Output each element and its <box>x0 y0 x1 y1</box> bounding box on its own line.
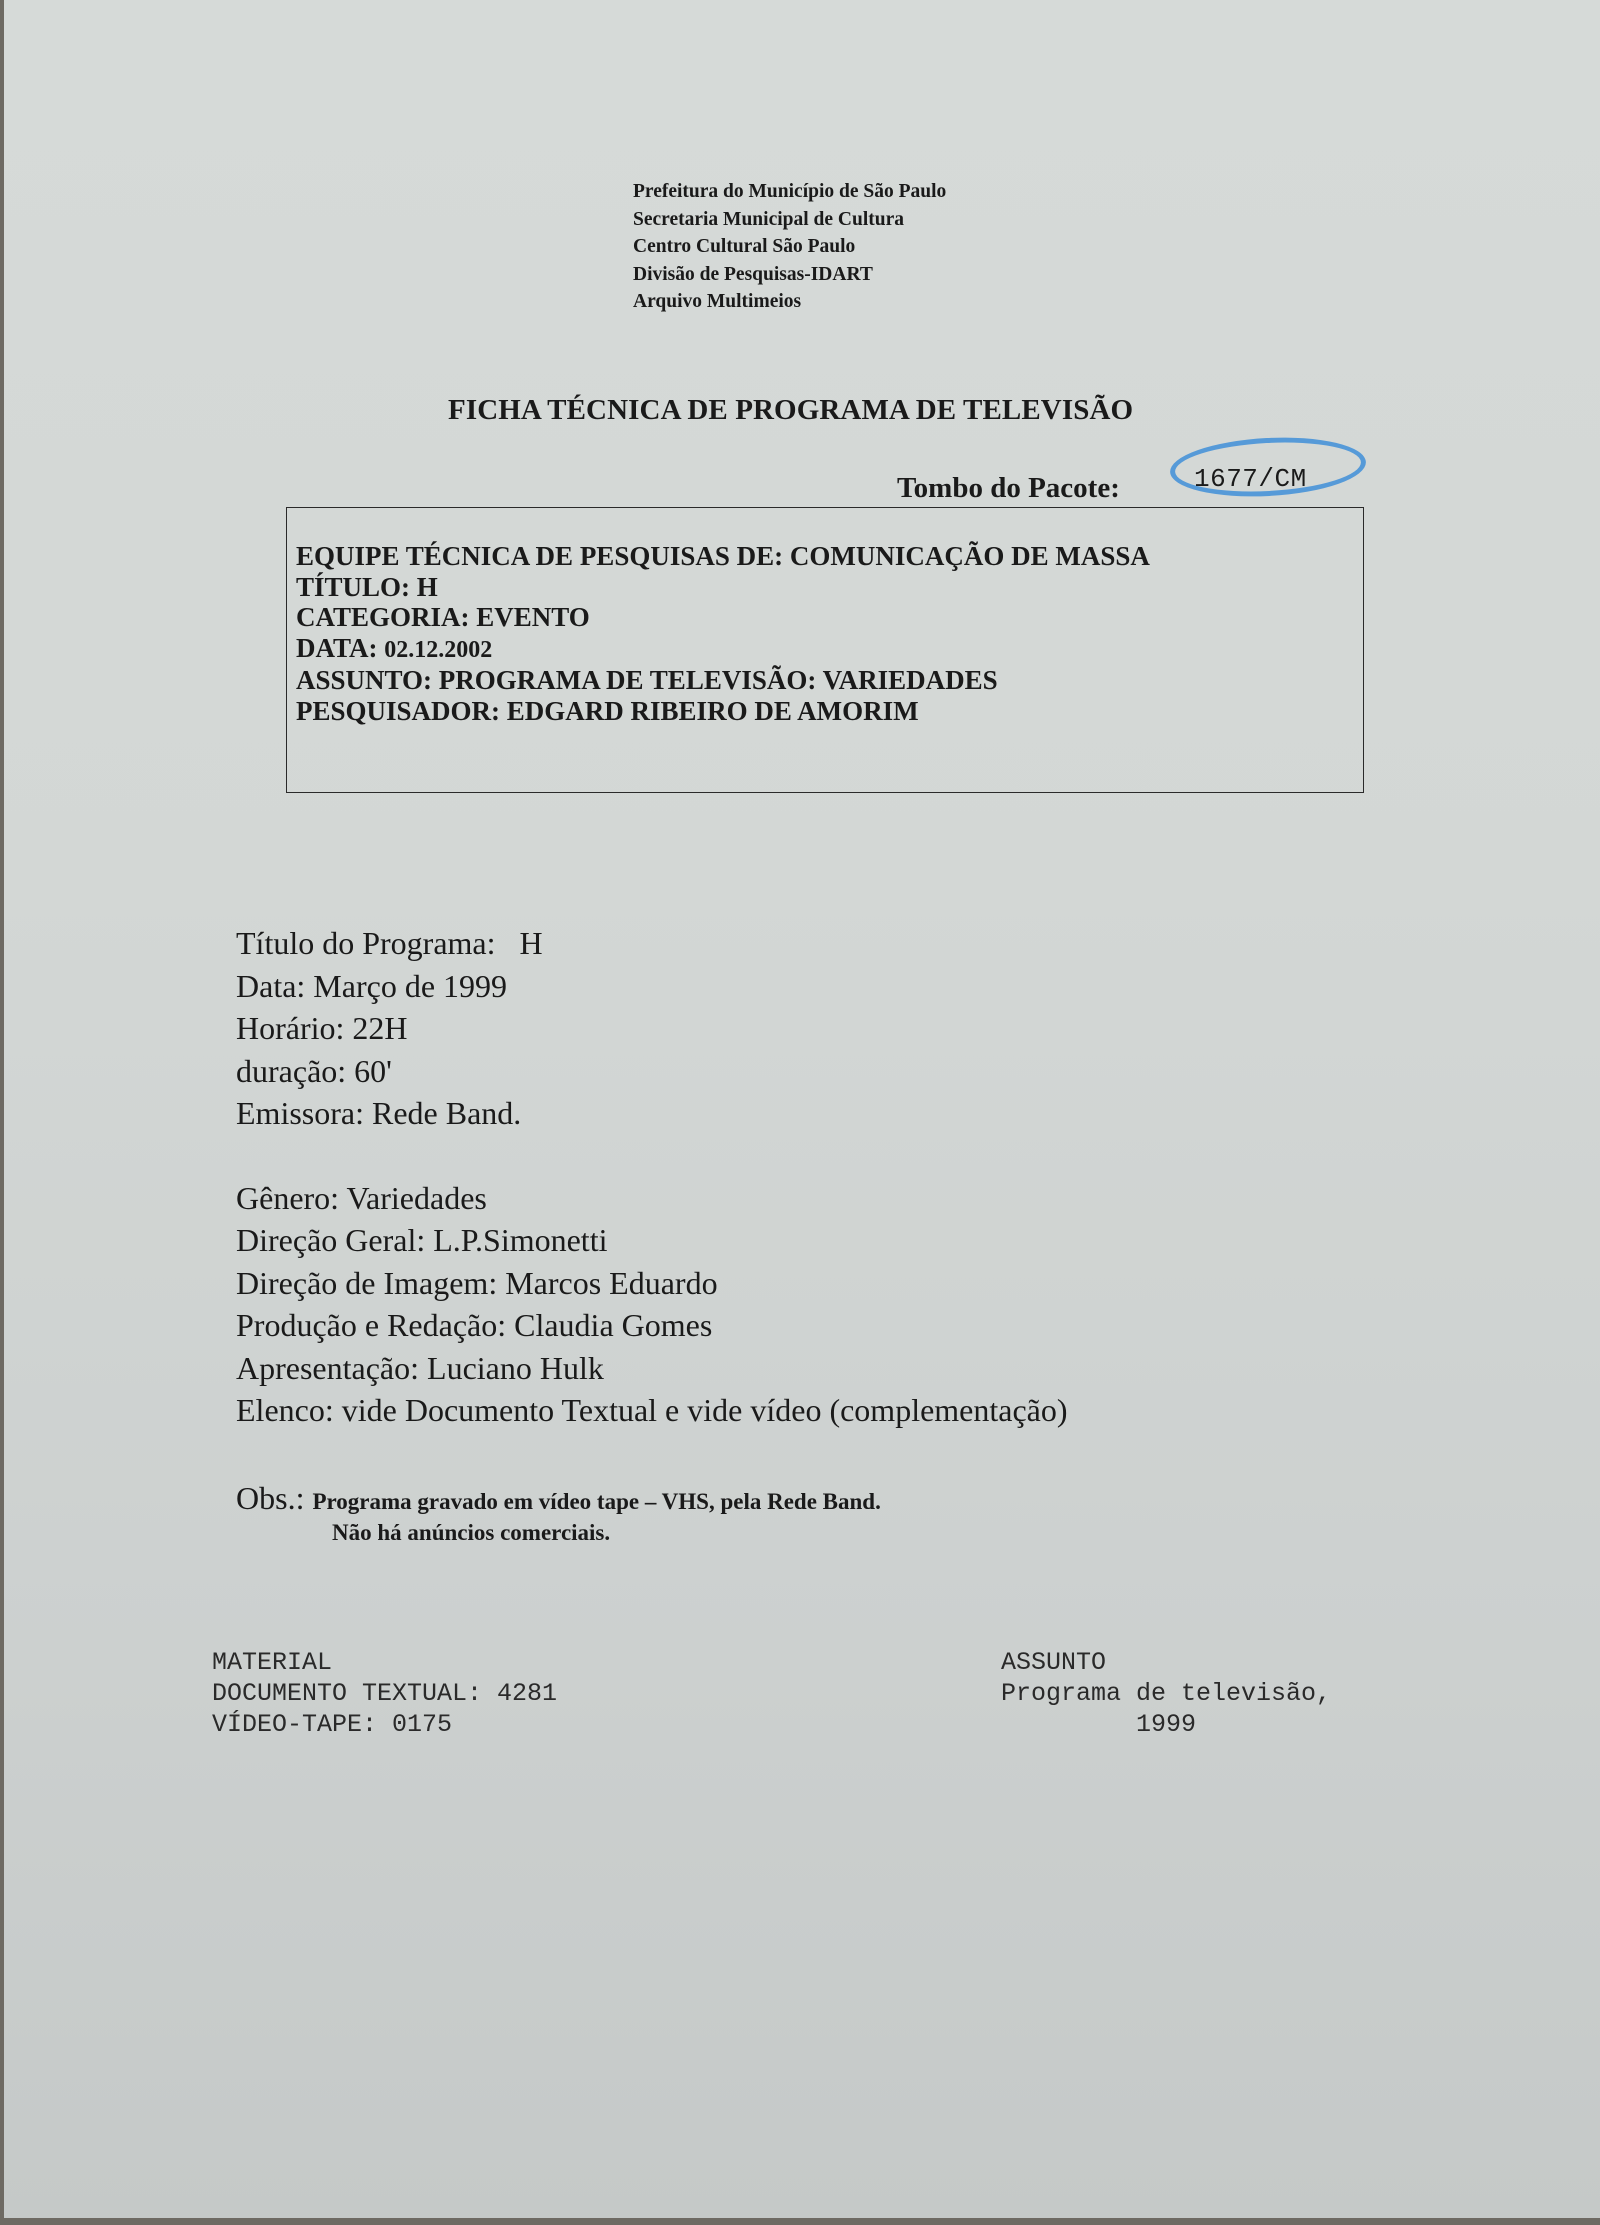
program-title-value: H <box>520 925 543 961</box>
program-broadcaster: Emissora: Rede Band. <box>236 1092 1068 1135</box>
assunto-section: ASSUNTO Programa de televisão, 1999 <box>1001 1647 1331 1740</box>
assunto-heading: ASSUNTO <box>1001 1647 1331 1678</box>
obs-text-2: Não há anúncios comerciais. <box>332 1520 610 1546</box>
institution-line: Centro Cultural São Paulo <box>633 233 946 261</box>
tombo-value: 1677/CM <box>1194 464 1307 494</box>
spacer <box>236 1135 1068 1177</box>
document-title: FICHA TÉCNICA DE PROGRAMA DE TELEVISÃO <box>448 394 1133 427</box>
document-page: Prefeitura do Município de São Paulo Sec… <box>4 0 1600 2218</box>
program-genre: Gênero: Variedades <box>236 1177 1068 1220</box>
material-section: MATERIAL DOCUMENTO TEXTUAL: 4281 VÍDEO-T… <box>212 1647 557 1740</box>
institution-line: Secretaria Municipal de Cultura <box>633 206 946 234</box>
assunto-line: ASSUNTO: PROGRAMA DE TELEVISÃO: VARIEDAD… <box>296 665 1150 696</box>
program-duration: duração: 60' <box>236 1050 1068 1093</box>
program-production: Produção e Redação: Claudia Gomes <box>236 1304 1068 1347</box>
data-label: DATA: <box>296 633 378 663</box>
pesquisador-line: PESQUISADOR: EDGARD RIBEIRO DE AMORIM <box>296 696 1150 727</box>
program-time: Horário: 22H <box>236 1007 1068 1050</box>
institution-line: Prefeitura do Município de São Paulo <box>633 178 946 206</box>
program-date: Data: Março de 1999 <box>236 965 1068 1008</box>
assunto-line-2: 1999 <box>1001 1709 1331 1740</box>
titulo-line: TÍTULO: H <box>296 572 1150 603</box>
program-details: Título do Programa:H Data: Março de 1999… <box>236 922 1068 1432</box>
obs-line: Obs.: Programa gravado em vídeo tape – V… <box>236 1478 881 1522</box>
program-cast: Elenco: vide Documento Textual e vide ví… <box>236 1389 1068 1432</box>
obs-text-1: Programa gravado em vídeo tape – VHS, pe… <box>312 1489 880 1514</box>
material-heading: MATERIAL <box>212 1647 557 1678</box>
tombo-label: Tombo do Pacote: <box>897 472 1120 505</box>
documento-textual: DOCUMENTO TEXTUAL: 4281 <box>212 1678 557 1709</box>
data-line: DATA: 02.12.2002 <box>296 633 1150 666</box>
institution-line: Arquivo Multimeios <box>633 288 946 316</box>
categoria-line: CATEGORIA: EVENTO <box>296 602 1150 633</box>
program-presenter: Apresentação: Luciano Hulk <box>236 1347 1068 1390</box>
equipe-line: EQUIPE TÉCNICA DE PESQUISAS DE: COMUNICA… <box>296 541 1150 572</box>
program-image-direction: Direção de Imagem: Marcos Eduardo <box>236 1262 1068 1305</box>
institution-header: Prefeitura do Município de São Paulo Sec… <box>633 178 946 316</box>
program-general-direction: Direção Geral: L.P.Simonetti <box>236 1219 1068 1262</box>
assunto-line-1: Programa de televisão, <box>1001 1678 1331 1709</box>
video-tape: VÍDEO-TAPE: 0175 <box>212 1709 557 1740</box>
program-title-line: Título do Programa:H <box>236 922 1068 965</box>
institution-line: Divisão de Pesquisas-IDART <box>633 261 946 289</box>
program-title-label: Título do Programa: <box>236 925 496 961</box>
obs-label: Obs.: <box>236 1480 304 1516</box>
info-box-content: EQUIPE TÉCNICA DE PESQUISAS DE: COMUNICA… <box>296 541 1150 726</box>
data-value: 02.12.2002 <box>384 637 492 663</box>
